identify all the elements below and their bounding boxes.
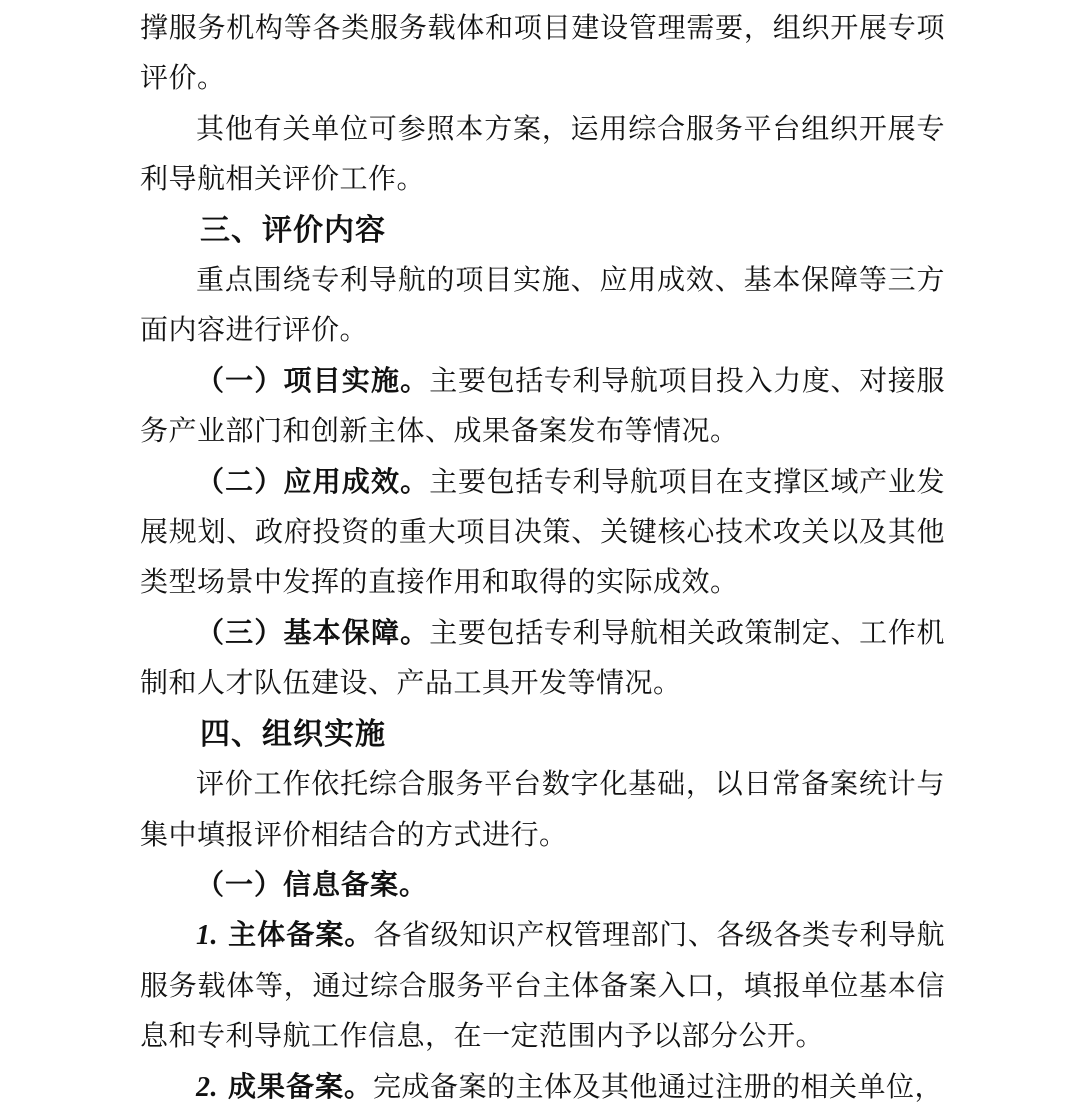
paragraph-numbered-1: 1.主体备案。各省级知识产权管理部门、各级各类专利导航服务载体等，通过综合服务平… [140,911,945,1062]
list-number: 2. [196,1072,218,1103]
paragraph-text: 评价工作依托综合服务平台数字化基础，以日常备案统计与集中填报评价相结合的方式进行… [140,769,945,850]
paragraph-item-2: （二）应用成效。主要包括专利导航项目在支撑区域产业发展规划、政府投资的重大项目决… [140,458,945,609]
paragraph-lead: 成果备案。 [228,1072,373,1103]
section-heading-text: 三、评价内容 [200,214,386,247]
paragraph: 评价工作依托综合服务平台数字化基础，以日常备案统计与集中填报评价相结合的方式进行… [140,760,945,861]
section-heading-text: 四、组织实施 [200,718,386,751]
paragraph-text: 重点围绕专利导航的项目实施、应用成效、基本保障等三方面内容进行评价。 [140,265,945,346]
section-heading-3: 三、评价内容 [140,206,945,256]
paragraph-lead: （一）项目实施。 [196,366,429,397]
paragraph-item-3: （三）基本保障。主要包括专利导航相关政策制定、工作机制和人才队伍建设、产品工具开… [140,609,945,710]
paragraph-text: 完成备案的主体及其他通过注册的相关单位， [373,1072,943,1103]
paragraph-numbered-2: 2.成果备案。完成备案的主体及其他通过注册的相关单位， [140,1063,945,1109]
paragraph-lead: （二）应用成效。 [196,467,429,498]
paragraph-lead: 主体备案。 [228,920,373,951]
paragraph-item-1: （一）项目实施。主要包括专利导航项目投入力度、对接服务产业部门和创新主体、成果备… [140,357,945,458]
paragraph-lead: （三）基本保障。 [196,618,429,649]
paragraph: 其他有关单位可参照本方案，运用综合服务平台组织开展专利导航相关评价工作。 [140,105,945,206]
paragraph-continuation: 撑服务机构等各类服务载体和项目建设管理需要，组织开展专项评价。 [140,4,945,105]
paragraph-text: 撑服务机构等各类服务载体和项目建设管理需要，组织开展专项评价。 [140,13,945,94]
paragraph-lead: （一）信息备案。 [196,870,428,901]
section-heading-4: 四、组织实施 [140,710,945,760]
paragraph-subheading: （一）信息备案。 [140,861,945,911]
paragraph-text: 其他有关单位可参照本方案，运用综合服务平台组织开展专利导航相关评价工作。 [140,114,945,195]
list-number: 1. [196,920,218,951]
document-page: 撑服务机构等各类服务载体和项目建设管理需要，组织开展专项评价。 其他有关单位可参… [0,0,1080,1109]
paragraph: 重点围绕专利导航的项目实施、应用成效、基本保障等三方面内容进行评价。 [140,256,945,357]
